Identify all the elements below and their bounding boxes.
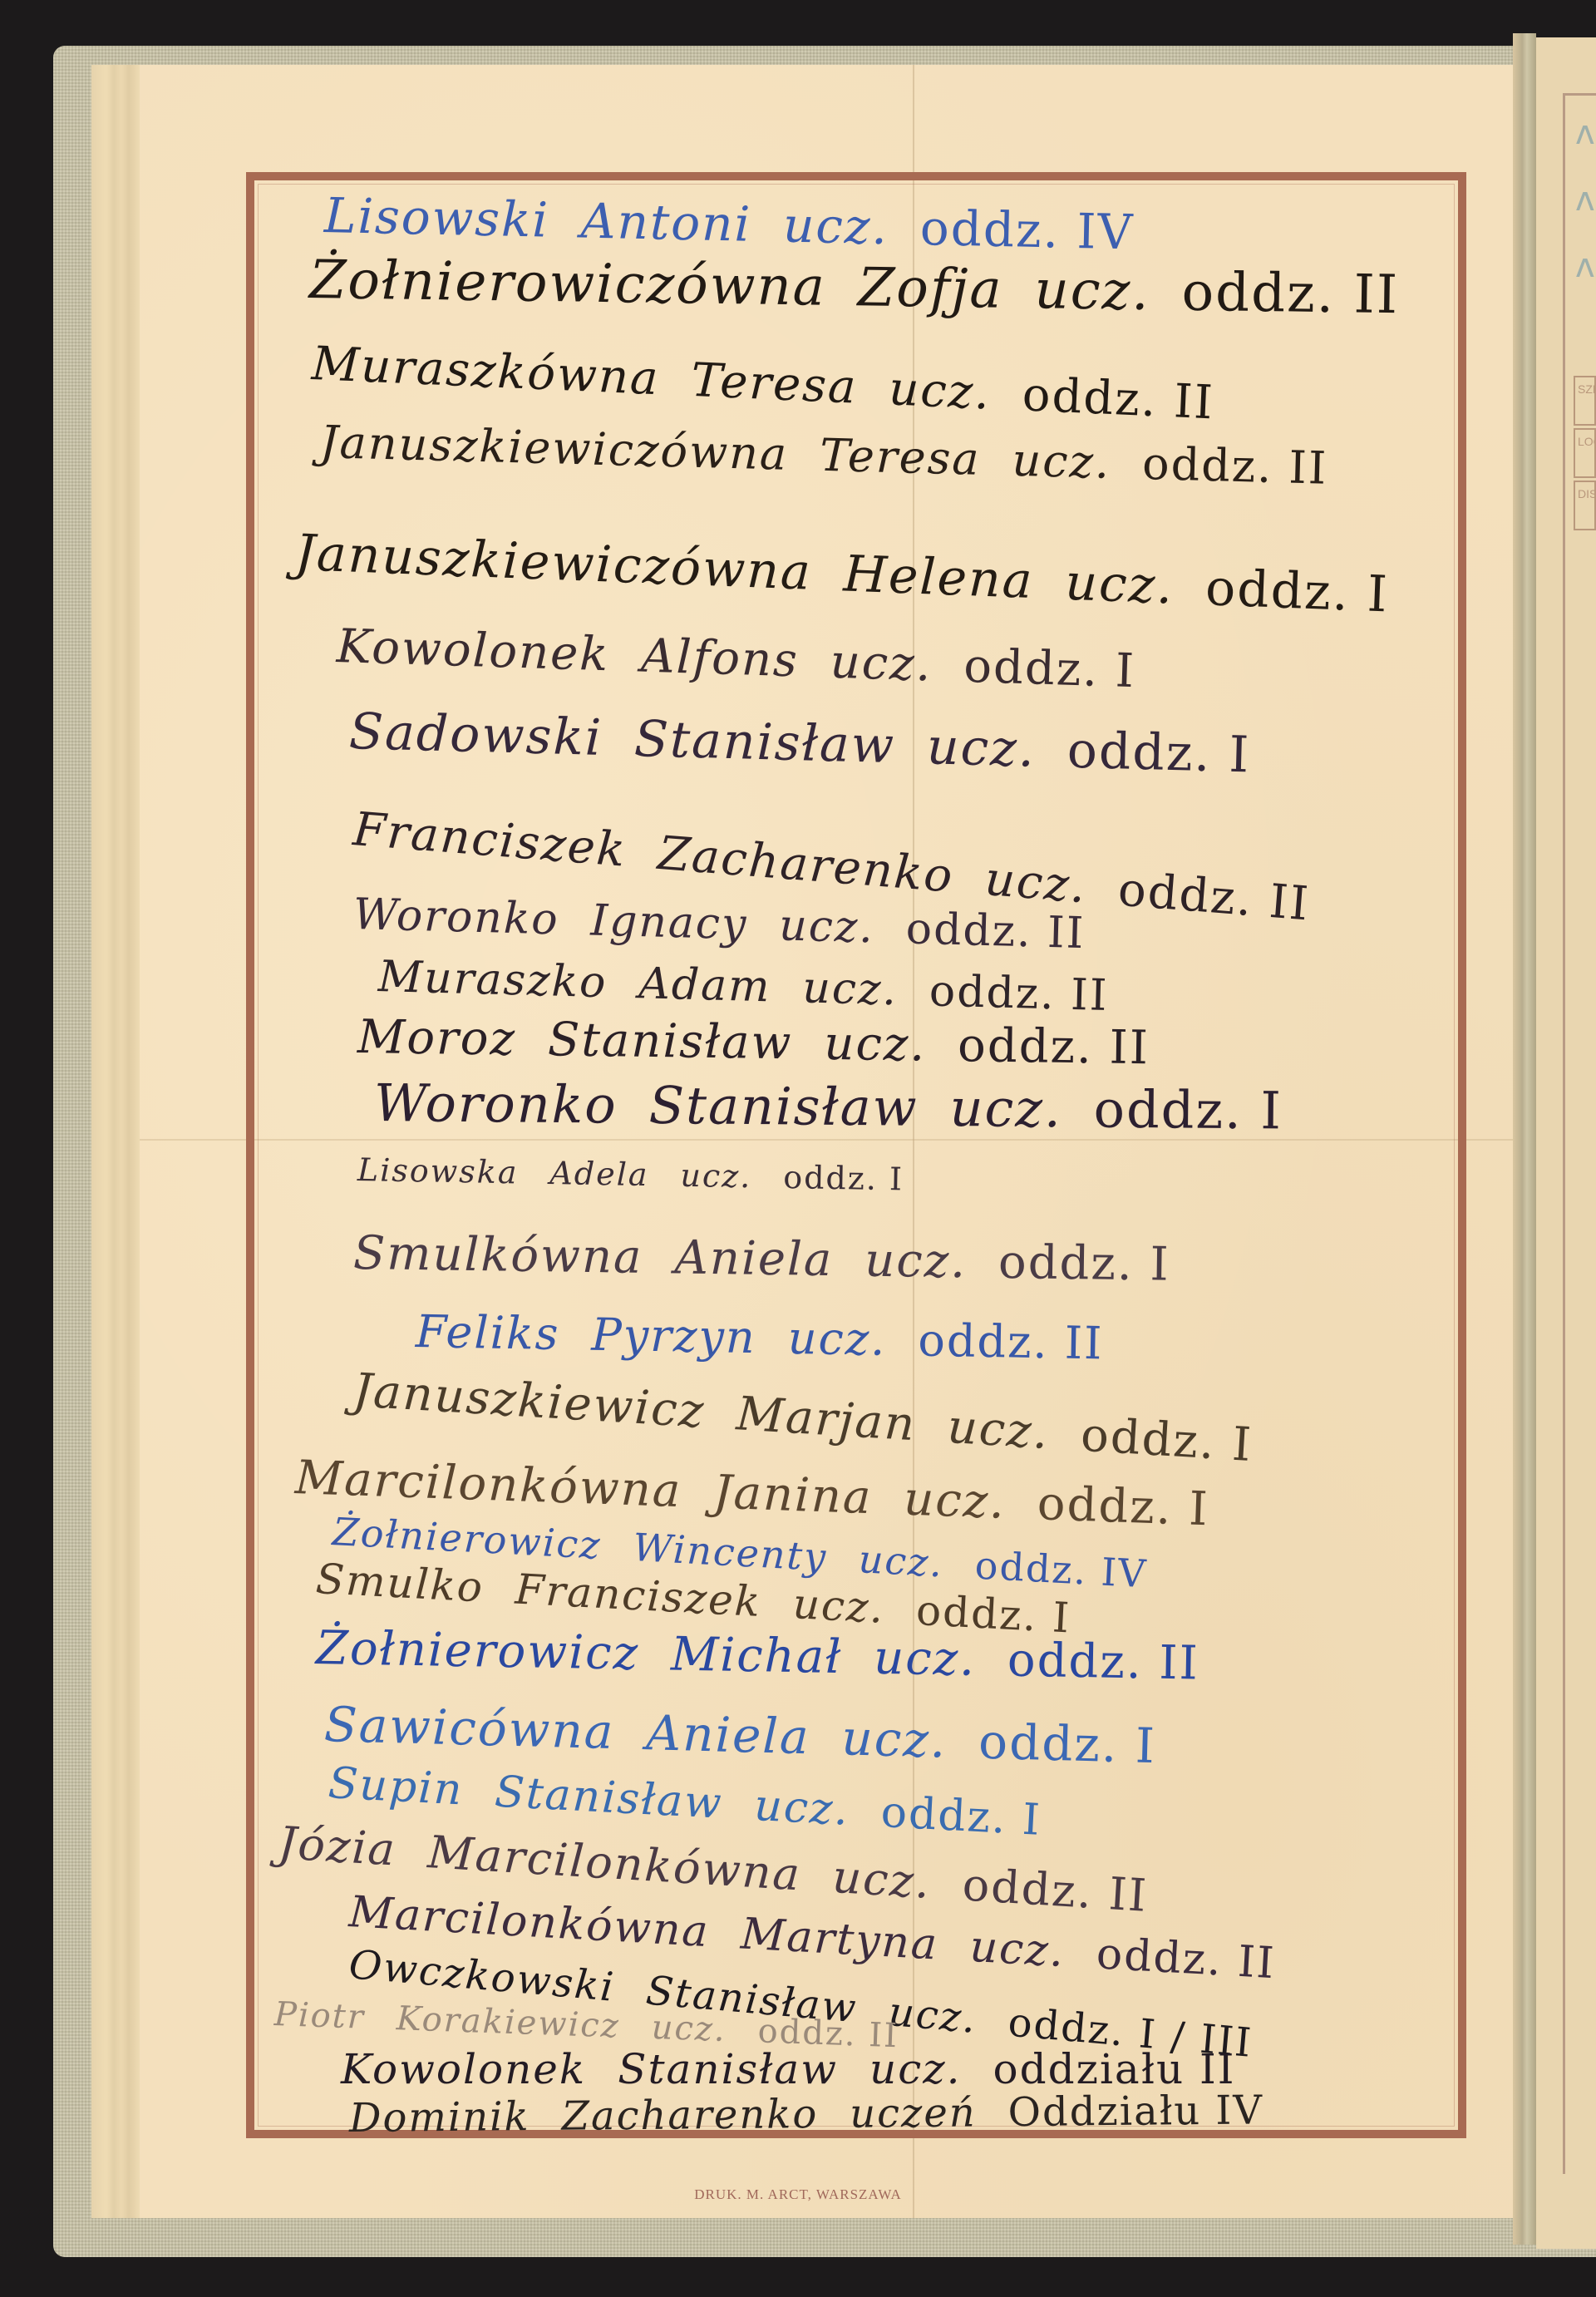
entry-surname: Żołnierowicz — [315, 1621, 639, 1681]
entry-division: oddz. I — [1037, 1476, 1210, 1536]
entry-given: Zacharenko — [561, 2091, 818, 2140]
entry-given: Adam — [638, 959, 772, 1012]
entry-role: ucz. — [753, 1781, 851, 1836]
entry-surname: Moroz — [357, 1010, 517, 1067]
roster-entry: DominikZacharenkouczeńOddziału IV — [349, 2087, 1264, 2142]
entry-surname: Kowolonek — [336, 619, 610, 682]
entry-division: oddz. I — [963, 639, 1136, 698]
roster-entry: KowolonekStanisławucz.oddziału II — [341, 2045, 1236, 2093]
entry-given: Aniela — [674, 1230, 834, 1287]
entry-role: ucz. — [841, 1709, 948, 1768]
entry-role: ucz. — [1034, 259, 1150, 323]
entry-surname: Smulkówna — [353, 1226, 643, 1284]
entry-given: Ignacy — [590, 895, 748, 949]
entry-role: ucz. — [858, 1536, 945, 1585]
entry-surname: Sadowski — [348, 702, 603, 767]
entry-role: ucz. — [824, 1017, 927, 1072]
entry-role: ucz. — [926, 717, 1037, 778]
entry-given: Marjan — [735, 1387, 918, 1452]
entry-surname: Piotr — [273, 1995, 366, 2037]
entry-role: ucz. — [802, 963, 899, 1015]
roster-entry: SmulkównaAnielaucz.oddz. I — [353, 1226, 1171, 1292]
ornament-icon: ʌ — [1575, 249, 1596, 283]
entry-role: ucz. — [949, 1077, 1062, 1139]
entry-division: oddz. I — [1079, 1408, 1254, 1472]
ornament-icon: ʌ — [1575, 183, 1596, 216]
entry-given: Stanisław — [548, 1013, 793, 1070]
entry-surname: Dominik — [349, 2093, 530, 2142]
entry-division: oddz. IV — [974, 1543, 1149, 1597]
entry-division: oddz. II — [1022, 367, 1215, 430]
entry-surname: Smulko — [314, 1555, 485, 1612]
entry-given: Janina — [712, 1466, 873, 1526]
entry-given: Michał — [670, 1627, 842, 1684]
entry-role: ucz. — [903, 1472, 1007, 1530]
entry-given: Stanisław — [618, 2045, 838, 2093]
adjacent-page-label-box: DIST — [1574, 481, 1596, 530]
entry-role: ucz. — [1064, 554, 1175, 616]
entry-division: oddz. I — [978, 1713, 1156, 1775]
entry-given: Alfons — [640, 629, 800, 688]
entry-division: oddz. I — [1204, 559, 1390, 624]
entry-division: oddz. II — [929, 966, 1109, 1021]
page-stack-edge — [91, 65, 141, 2218]
entry-given: Aniela — [645, 1704, 810, 1765]
entry-role: ucz. — [791, 1580, 885, 1633]
entry-role: ucz. — [946, 1400, 1051, 1460]
entry-surname: Lisowski — [323, 187, 549, 249]
entry-given: Zofja — [857, 257, 1003, 320]
entry-role: uczeń — [850, 2089, 977, 2137]
entry-given: Adela — [549, 1155, 649, 1193]
entry-surname: Żołnierowiczówna — [308, 249, 826, 318]
entry-role: ucz. — [887, 1989, 979, 2043]
entry-role: ucz. — [779, 900, 875, 953]
entry-division: oddz. I — [783, 1159, 904, 1198]
book-gutter — [1513, 33, 1536, 2245]
entry-division: oddz. II — [1007, 1634, 1199, 1691]
entry-given: Korakiewicz — [396, 1999, 621, 2045]
entry-given: Stanisław — [633, 710, 896, 775]
entry-division: oddz. II — [918, 1314, 1104, 1370]
entry-division: oddz. IV — [919, 200, 1135, 260]
entry-given: Teresa — [819, 429, 981, 486]
entry-role: ucz. — [983, 852, 1089, 914]
entry-division: oddz. I — [1066, 722, 1251, 785]
entry-role: ucz. — [864, 1234, 968, 1289]
entry-surname: Woronko — [374, 1072, 618, 1136]
entry-role: ucz. — [968, 1922, 1066, 1977]
entry-division: oddz. II — [905, 904, 1086, 959]
entry-surname: Józia — [277, 1816, 398, 1876]
entry-surname: Sawicówna — [323, 1696, 615, 1760]
entry-role: ucz. — [651, 2009, 727, 2049]
adjacent-page-label-box: SZKO — [1574, 376, 1596, 426]
roster-entry: WoronkoStanisławucz.oddz. I — [374, 1072, 1283, 1141]
printer-imprint: DRUK. M. ARCT, WARSZAWA — [0, 2186, 1596, 2203]
entry-division: oddz. II — [1141, 437, 1328, 495]
entry-surname: Feliks — [415, 1305, 560, 1360]
entry-surname: Woronko — [352, 890, 559, 944]
entry-role: ucz. — [869, 2045, 961, 2093]
entry-role: ucz. — [874, 1631, 977, 1687]
entry-role: ucz. — [787, 1312, 887, 1366]
entry-role: ucz. — [680, 1157, 752, 1195]
entry-surname: Lisowska — [357, 1151, 519, 1190]
entry-division: oddz. I — [1093, 1079, 1283, 1141]
entry-given: Teresa — [690, 353, 859, 415]
entry-division: oddz. II — [1095, 1929, 1276, 1989]
adjacent-page-label-box: LOC — [1574, 428, 1596, 478]
ornament-icon: ʌ — [1575, 116, 1596, 150]
entry-surname: Kowolonek — [341, 2045, 586, 2093]
entry-division: oddz. I — [879, 1787, 1042, 1846]
entry-given: Antoni — [580, 192, 752, 252]
roster-entry: MorozStanisławucz.oddz. II — [357, 1010, 1150, 1075]
entry-role: ucz. — [888, 362, 992, 420]
entry-role: ucz. — [831, 1851, 933, 1909]
entry-given: Pyrzyn — [591, 1309, 756, 1363]
entry-given: Stanisław — [648, 1075, 919, 1138]
entry-given: Helena — [842, 545, 1034, 610]
entry-role: ucz. — [1012, 434, 1111, 489]
entry-division: oddziału II — [993, 2045, 1235, 2093]
entry-division: oddz. II — [958, 1018, 1150, 1075]
entry-surname: Supin — [327, 1758, 464, 1815]
entry-division: oddz. II — [1181, 262, 1399, 327]
entry-surname: Muraszko — [377, 952, 608, 1008]
entry-role: ucz. — [782, 197, 889, 256]
entry-division: oddz. I — [998, 1235, 1171, 1292]
entry-role: ucz. — [830, 635, 933, 693]
entry-division: Oddziału IV — [1007, 2087, 1263, 2136]
